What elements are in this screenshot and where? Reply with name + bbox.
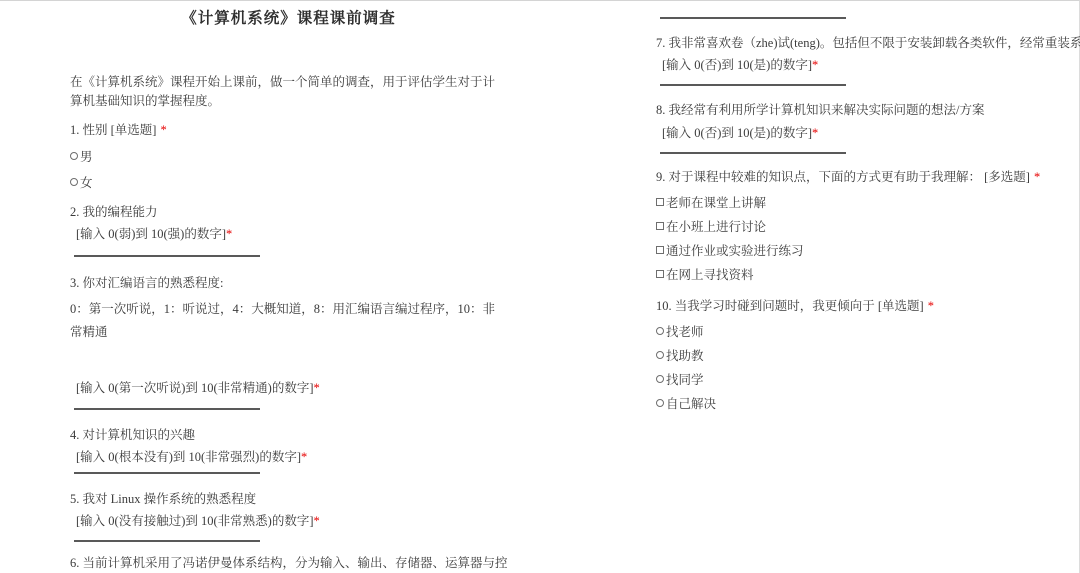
question-5-input-hint: [输入 0(没有接触过)到 10(非常熟悉)的数字]* [76, 514, 507, 529]
radio-icon[interactable] [70, 152, 78, 160]
checkbox-icon[interactable] [656, 270, 664, 278]
required-asterisk: * [928, 299, 934, 313]
option-label: 在小班上进行讨论 [666, 220, 766, 234]
required-asterisk: * [160, 123, 166, 137]
required-asterisk: * [812, 126, 818, 140]
radio-option-self[interactable]: 自己解决 [656, 397, 1068, 412]
required-asterisk: * [313, 381, 319, 395]
option-label: 找老师 [666, 325, 704, 339]
required-asterisk: * [812, 58, 818, 72]
checkbox-icon[interactable] [656, 198, 664, 206]
option-label: 自己解决 [666, 397, 716, 411]
question-7-input-hint: [输入 0(否)到 10(是)的数字]* [662, 58, 1068, 73]
radio-icon[interactable] [656, 351, 664, 359]
question-3-description: 0：第一次听说，1：听说过，4：大概知道，8：用汇编语言编过程序，10：非常精通 [70, 298, 507, 344]
option-label: 男 [80, 150, 93, 164]
question-8-label: 8. 我经常有利用所学计算机知识来解决实际问题的想法/方案 [656, 103, 1068, 118]
question-3-input-hint: [输入 0(第一次听说)到 10(非常精通)的数字]* [76, 381, 507, 396]
question-4-input-hint: [输入 0(根本没有)到 10(非常强烈)的数字]* [76, 450, 507, 465]
text-input-line[interactable] [74, 472, 260, 474]
radio-option-classmate[interactable]: 找同学 [656, 373, 1068, 388]
intro-text: 在《计算机系统》课程开始上课前，做一个简单的调查，用于评估学生对于计算机基础知识… [70, 73, 507, 111]
radio-icon[interactable] [656, 375, 664, 383]
question-5-label: 5. 我对 Linux 操作系统的熟悉程度 [70, 492, 507, 507]
checkbox-option-online[interactable]: 在网上寻找资料 [656, 268, 1068, 283]
option-label: 找助教 [666, 349, 704, 363]
question-4-label: 4. 对计算机知识的兴趣 [70, 428, 507, 443]
radio-icon[interactable] [656, 399, 664, 407]
option-label: 在网上寻找资料 [666, 268, 754, 282]
left-column: 《计算机系统》课程课前调查 在《计算机系统》课程开始上课前，做一个简单的调查，用… [70, 1, 507, 573]
question-1-label: 1. 性别 [单选题]* [70, 123, 507, 138]
option-label: 老师在课堂上讲解 [666, 196, 766, 210]
question-6-label: 6. 当前计算机采用了冯诺伊曼体系结构，分为输入、输出、存储器、运算器与控制 [70, 556, 507, 571]
checkbox-option-lecture[interactable]: 老师在课堂上讲解 [656, 196, 1068, 211]
question-2-input-hint: [输入 0(弱)到 10(强)的数字]* [76, 227, 507, 242]
radio-icon[interactable] [656, 327, 664, 335]
checkbox-option-discussion[interactable]: 在小班上进行讨论 [656, 220, 1068, 235]
radio-option-female[interactable]: 女 [70, 176, 507, 191]
radio-option-male[interactable]: 男 [70, 150, 507, 165]
checkbox-icon[interactable] [656, 246, 664, 254]
text-input-line[interactable] [660, 152, 846, 154]
question-3-label: 3. 你对汇编语言的熟悉程度: [70, 276, 507, 291]
text-input-line[interactable] [660, 17, 846, 19]
text-input-line[interactable] [74, 408, 260, 410]
question-2-label: 2. 我的编程能力 [70, 205, 507, 220]
question-8-input-hint: [输入 0(否)到 10(是)的数字]* [662, 126, 1068, 141]
radio-option-teacher[interactable]: 找老师 [656, 325, 1068, 340]
page-title: 《计算机系统》课程课前调查 [70, 9, 507, 28]
text-input-line[interactable] [660, 84, 846, 86]
right-column: 7. 我非常喜欢卷（zhe)试(teng)。包括但不限于安装卸载各类软件，经常重… [656, 1, 1068, 573]
radio-icon[interactable] [70, 178, 78, 186]
text-input-line[interactable] [74, 540, 260, 542]
required-asterisk: * [226, 227, 232, 241]
option-label: 通过作业或实验进行练习 [666, 244, 804, 258]
radio-option-ta[interactable]: 找助教 [656, 349, 1068, 364]
required-asterisk: * [313, 514, 319, 528]
text-input-line[interactable] [74, 255, 260, 257]
option-label: 找同学 [666, 373, 704, 387]
question-9-label: 9. 对于课程中较难的知识点，下面的方式更有助于我理解： [多选题]* [656, 170, 1068, 185]
option-label: 女 [80, 176, 93, 190]
checkbox-icon[interactable] [656, 222, 664, 230]
question-10-label: 10. 当我学习时碰到问题时，我更倾向于 [单选题]* [656, 299, 1068, 314]
question-7-label: 7. 我非常喜欢卷（zhe)试(teng)。包括但不限于安装卸载各类软件，经常重… [656, 36, 1068, 51]
checkbox-option-practice[interactable]: 通过作业或实验进行练习 [656, 244, 1068, 259]
required-asterisk: * [301, 450, 307, 464]
required-asterisk: * [1034, 170, 1040, 184]
survey-document-page: 《计算机系统》课程课前调查 在《计算机系统》课程开始上课前，做一个简单的调查，用… [0, 0, 1080, 573]
